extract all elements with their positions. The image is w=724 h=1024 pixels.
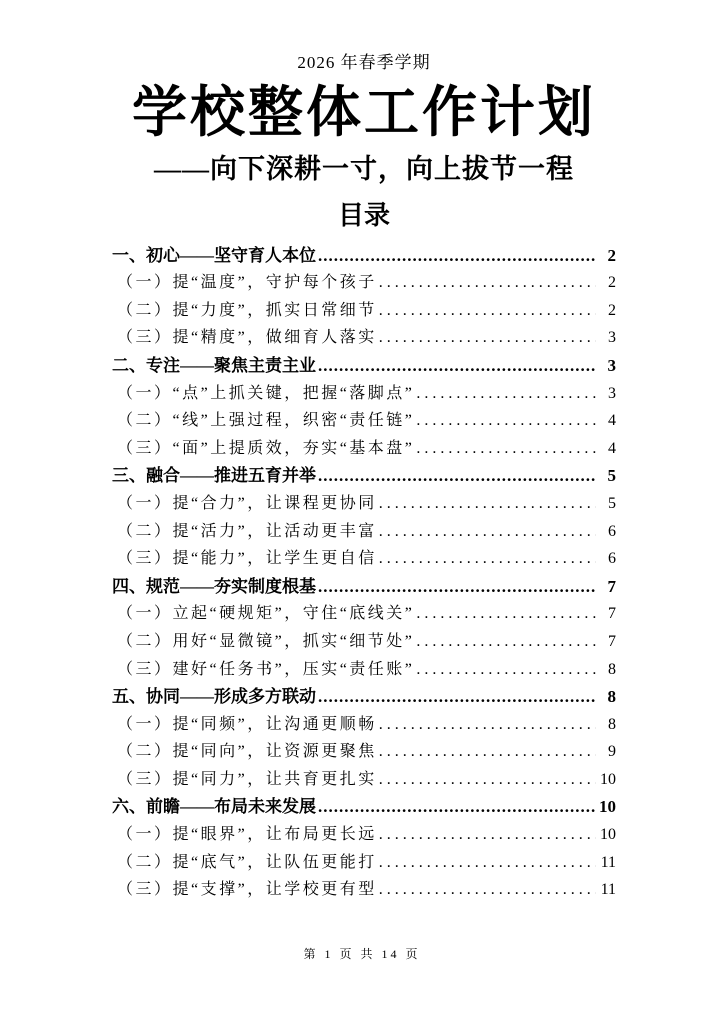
- toc-chapter-entry: 一、初心——坚守育人本位2: [112, 242, 616, 270]
- toc-page-number: 11: [598, 849, 616, 877]
- toc-sub-entry: （一）立起“硬规矩”，守住“底线关”7: [112, 600, 616, 628]
- toc-dot-leader: [318, 573, 596, 601]
- toc-entry-label: 二、专注——聚焦主责主业: [112, 352, 316, 380]
- toc-dot-leader: [318, 462, 596, 490]
- toc-sub-entry: （二）“线”上强过程，织密“责任链”4: [112, 407, 616, 435]
- toc-dot-leader: [416, 380, 596, 408]
- toc-entry-label: （一）提“合力”，让课程更协同: [117, 490, 377, 518]
- page-footer: 第 1 页 共 14 页: [0, 945, 724, 962]
- toc-dot-leader: [379, 876, 596, 904]
- toc-page-number: 8: [598, 656, 616, 684]
- toc-dot-leader: [379, 545, 596, 573]
- toc-sub-entry: （一）提“合力”，让课程更协同5: [112, 490, 616, 518]
- toc-chapter-entry: 二、专注——聚焦主责主业3: [112, 352, 616, 380]
- toc-dot-leader: [318, 793, 596, 821]
- toc-dot-leader: [416, 435, 596, 463]
- page-number-text: 第 1 页 共 14 页: [303, 947, 420, 961]
- toc-dot-leader: [416, 600, 596, 628]
- toc-page-number: 11: [598, 876, 616, 904]
- toc-page-number: 10: [598, 793, 616, 821]
- toc-page-number: 7: [598, 573, 616, 601]
- toc-dot-leader: [379, 711, 596, 739]
- toc-page-number: 7: [598, 600, 616, 628]
- toc-dot-leader: [379, 849, 596, 877]
- toc-sub-entry: （二）提“活力”，让活动更丰富6: [112, 518, 616, 546]
- toc-dot-leader: [379, 324, 596, 352]
- toc-dot-leader: [318, 683, 596, 711]
- toc-entry-label: 五、协同——形成多方联动: [112, 683, 316, 711]
- toc-entry-label: （一）“点”上抓关键，把握“落脚点”: [117, 380, 414, 408]
- toc-sub-entry: （三）提“同力”，让共育更扎实10: [112, 766, 616, 794]
- toc-list: 一、初心——坚守育人本位2（一）提“温度”，守护每个孩子2（二）提“力度”，抓实…: [112, 242, 616, 904]
- toc-entry-label: （三）提“支撑”，让学校更有型: [117, 876, 377, 904]
- document-subtitle: ——向下深耕一寸，向上拔节一程: [112, 152, 616, 187]
- toc-dot-leader: [379, 518, 596, 546]
- toc-entry-label: 三、融合——推进五育并举: [112, 462, 316, 490]
- toc-sub-entry: （三）建好“任务书”，压实“责任账”8: [112, 656, 616, 684]
- toc-entry-label: （一）立起“硬规矩”，守住“底线关”: [117, 600, 414, 628]
- toc-page-number: 8: [598, 683, 616, 711]
- toc-entry-label: 四、规范——夯实制度根基: [112, 573, 316, 601]
- toc-chapter-entry: 四、规范——夯实制度根基7: [112, 573, 616, 601]
- toc-entry-label: （一）提“温度”，守护每个孩子: [117, 269, 377, 297]
- toc-sub-entry: （三）提“能力”，让学生更自信6: [112, 545, 616, 573]
- toc-dot-leader: [379, 297, 596, 325]
- toc-entry-label: （一）提“眼界”，让布局更长远: [117, 821, 377, 849]
- document-page: 2026 年春季学期 学校整体工作计划 ——向下深耕一寸，向上拔节一程 目录 一…: [0, 0, 724, 1024]
- semester-line: 2026 年春季学期: [112, 48, 616, 73]
- toc-page-number: 4: [598, 407, 616, 435]
- toc-dot-leader: [379, 821, 596, 849]
- toc-page-number: 6: [598, 545, 616, 573]
- toc-sub-entry: （三）提“精度”，做细育人落实3: [112, 324, 616, 352]
- toc-sub-entry: （一）提“温度”，守护每个孩子2: [112, 269, 616, 297]
- toc-page-number: 9: [598, 738, 616, 766]
- toc-dot-leader: [379, 766, 596, 794]
- toc-entry-label: 一、初心——坚守育人本位: [112, 242, 316, 270]
- toc-sub-entry: （一）“点”上抓关键，把握“落脚点”3: [112, 380, 616, 408]
- toc-page-number: 2: [598, 269, 616, 297]
- toc-page-number: 4: [598, 435, 616, 463]
- document-title: 学校整体工作计划: [112, 83, 616, 144]
- toc-page-number: 3: [598, 380, 616, 408]
- toc-dot-leader: [379, 490, 596, 518]
- toc-entry-label: （二）用好“显微镜”，抓实“细节处”: [117, 628, 414, 656]
- toc-dot-leader: [318, 352, 596, 380]
- toc-page-number: 5: [598, 490, 616, 518]
- toc-page-number: 10: [598, 766, 616, 794]
- toc-sub-entry: （一）提“眼界”，让布局更长远10: [112, 821, 616, 849]
- toc-dot-leader: [318, 242, 596, 270]
- toc-page-number: 7: [598, 628, 616, 656]
- toc-heading: 目录: [112, 195, 616, 232]
- toc-entry-label: （三）提“能力”，让学生更自信: [117, 545, 377, 573]
- toc-sub-entry: （一）提“同频”，让沟通更顺畅8: [112, 711, 616, 739]
- toc-sub-entry: （二）用好“显微镜”，抓实“细节处”7: [112, 628, 616, 656]
- toc-entry-label: （二）提“活力”，让活动更丰富: [117, 518, 377, 546]
- toc-sub-entry: （三）“面”上提质效，夯实“基本盘”4: [112, 435, 616, 463]
- toc-entry-label: （二）“线”上强过程，织密“责任链”: [117, 407, 414, 435]
- toc-chapter-entry: 六、前瞻——布局未来发展10: [112, 793, 616, 821]
- toc-entry-label: （三）“面”上提质效，夯实“基本盘”: [117, 435, 414, 463]
- toc-entry-label: （一）提“同频”，让沟通更顺畅: [117, 711, 377, 739]
- toc-entry-label: （二）提“同向”，让资源更聚焦: [117, 738, 377, 766]
- toc-chapter-entry: 三、融合——推进五育并举5: [112, 462, 616, 490]
- toc-page-number: 3: [598, 324, 616, 352]
- toc-dot-leader: [379, 738, 596, 766]
- toc-entry-label: 六、前瞻——布局未来发展: [112, 793, 316, 821]
- toc-sub-entry: （二）提“力度”，抓实日常细节2: [112, 297, 616, 325]
- toc-sub-entry: （二）提“同向”，让资源更聚焦9: [112, 738, 616, 766]
- toc-page-number: 10: [598, 821, 616, 849]
- toc-entry-label: （三）建好“任务书”，压实“责任账”: [117, 656, 414, 684]
- toc-sub-entry: （三）提“支撑”，让学校更有型11: [112, 876, 616, 904]
- toc-page-number: 3: [598, 352, 616, 380]
- toc-chapter-entry: 五、协同——形成多方联动8: [112, 683, 616, 711]
- toc-entry-label: （二）提“力度”，抓实日常细节: [117, 297, 377, 325]
- toc-dot-leader: [379, 269, 596, 297]
- toc-dot-leader: [416, 407, 596, 435]
- toc-page-number: 8: [598, 711, 616, 739]
- toc-entry-label: （三）提“同力”，让共育更扎实: [117, 766, 377, 794]
- toc-entry-label: （三）提“精度”，做细育人落实: [117, 324, 377, 352]
- toc-entry-label: （二）提“底气”，让队伍更能打: [117, 849, 377, 877]
- toc-sub-entry: （二）提“底气”，让队伍更能打11: [112, 849, 616, 877]
- toc-page-number: 5: [598, 462, 616, 490]
- toc-page-number: 2: [598, 297, 616, 325]
- toc-dot-leader: [416, 628, 596, 656]
- toc-dot-leader: [416, 656, 596, 684]
- toc-page-number: 6: [598, 518, 616, 546]
- toc-page-number: 2: [598, 242, 616, 270]
